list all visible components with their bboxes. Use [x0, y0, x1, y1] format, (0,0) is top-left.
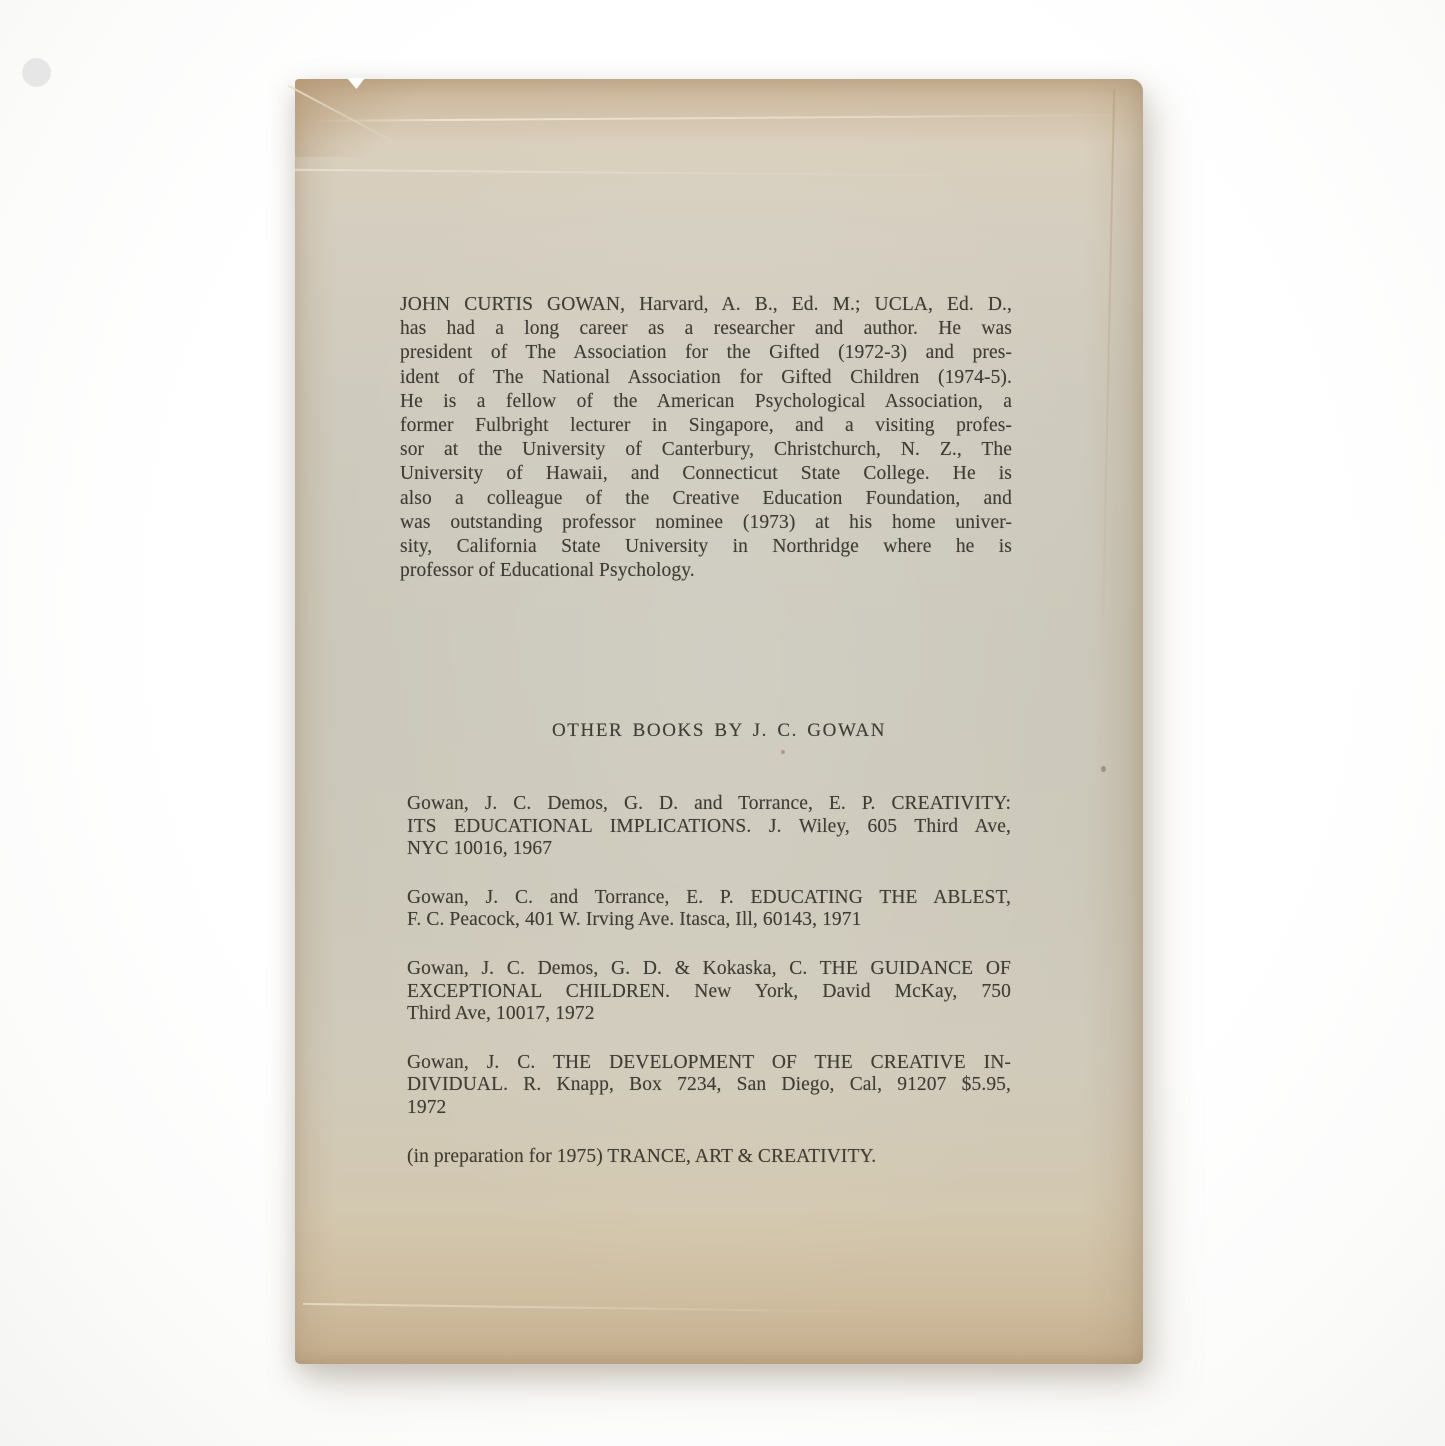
bio-line: University of Hawaii, and Connecticut St…	[400, 462, 1012, 486]
bio-line: professor of Educational Psychology.	[400, 559, 1012, 583]
book-entry-line: EXCEPTIONAL CHILDREN. New York, David Mc…	[407, 981, 1011, 1004]
book-entry: Gowan, J. C. Demos, G. D. & Kokaska, C. …	[407, 958, 1011, 1026]
book-entry-line: Gowan, J. C. and Torrance, E. P. EDUCATI…	[407, 887, 1011, 910]
book-entry: Gowan, J. C. THE DEVELOPMENT OF THE CREA…	[407, 1052, 1011, 1120]
book-entry-in-preparation: (in preparation for 1975) TRANCE, ART & …	[407, 1146, 1011, 1169]
list-spacer	[407, 714, 1011, 793]
book-entry-line: Third Ave, 10017, 1972	[407, 1003, 1011, 1026]
bio-line: He is a fellow of the American Psycholog…	[400, 390, 1012, 414]
bio-line: JOHN CURTIS GOWAN, Harvard, A. B., Ed. M…	[400, 293, 1012, 317]
book-back-cover: JOHN CURTIS GOWAN, Harvard, A. B., Ed. M…	[295, 79, 1143, 1364]
book-entry-line: NYC 10016, 1967	[407, 838, 1011, 861]
paper-speck	[1101, 766, 1106, 772]
backdrop-hole-dot	[22, 58, 51, 87]
bio-line: has had a long career as a researcher an…	[400, 317, 1012, 341]
paper-fold-line	[1101, 89, 1115, 680]
bio-line: sor at the University of Canterbury, Chr…	[400, 438, 1012, 462]
book-entry: Gowan, J. C. Demos, G. D. and Torrance, …	[407, 793, 1011, 861]
photo-backdrop: JOHN CURTIS GOWAN, Harvard, A. B., Ed. M…	[0, 0, 1445, 1446]
bio-line: president of The Association for the Gif…	[400, 341, 1012, 365]
paper-crease	[303, 1303, 897, 1313]
bio-line: ident of The National Association for Gi…	[400, 366, 1012, 390]
author-bio: JOHN CURTIS GOWAN, Harvard, A. B., Ed. M…	[400, 293, 1012, 583]
book-entry-line: 1972	[407, 1097, 1011, 1120]
book-entry-line: F. C. Peacock, 401 W. Irving Ave. Itasca…	[407, 909, 1011, 932]
bio-line: also a colleague of the Creative Educati…	[400, 487, 1012, 511]
book-entry-line: Gowan, J. C. Demos, G. D. and Torrance, …	[407, 793, 1011, 816]
book-list: Gowan, J. C. Demos, G. D. and Torrance, …	[407, 714, 1011, 1194]
corner-wear-mark	[295, 79, 445, 157]
book-entry-line: DIVIDUAL. R. Knapp, Box 7234, San Diego,…	[407, 1074, 1011, 1097]
book-entry-line: Gowan, J. C. THE DEVELOPMENT OF THE CREA…	[407, 1052, 1011, 1075]
book-entry-line: (in preparation for 1975) TRANCE, ART & …	[407, 1146, 1011, 1169]
bio-line: was outstanding professor nominee (1973)…	[400, 511, 1012, 535]
bio-line: sity, California State University in Nor…	[400, 535, 1012, 559]
bio-line: former Fulbright lecturer in Singapore, …	[400, 414, 1012, 438]
book-entry-line: ITS EDUCATIONAL IMPLICATIONS. J. Wiley, …	[407, 816, 1011, 839]
book-entry-line: Gowan, J. C. Demos, G. D. & Kokaska, C. …	[407, 958, 1011, 981]
book-entry: Gowan, J. C. and Torrance, E. P. EDUCATI…	[407, 887, 1011, 932]
paper-crease	[295, 169, 1041, 178]
